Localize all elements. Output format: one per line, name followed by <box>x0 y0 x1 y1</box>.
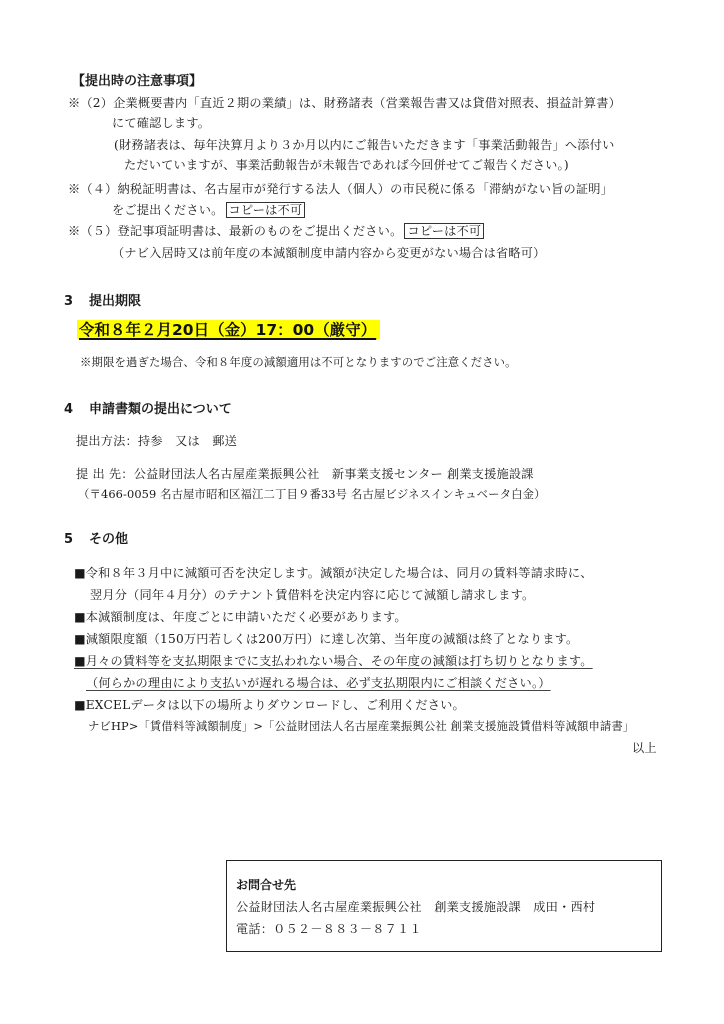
note-4-line-2: をご提出ください。コピーは不可 <box>112 202 305 218</box>
other-bullet-4: ■月々の賃料等を支払期限までに支払われない場合、その年度の減額は打ち切りとなりま… <box>74 653 593 669</box>
section-title: 提出期限 <box>89 294 141 309</box>
note-2-line-2: にて確認します。 <box>112 115 210 131</box>
section-title: その他 <box>89 532 128 547</box>
submission-address: （〒466-0059 名古屋市昭和区福江二丁目９番33号 名古屋ビジネスインキュ… <box>78 487 546 502</box>
section-4-heading: 4申請書類の提出について <box>64 401 232 418</box>
note-4-text: をご提出ください。 <box>112 203 224 217</box>
note-2-line-4: ただいていますが、事業活動報告が未報告であれば今回併せてご報告ください。) <box>124 157 569 173</box>
section-number: 3 <box>64 294 73 309</box>
note-4-line-1: ※（４）納税証明書は、名古屋市が発行する法人（個人）の市民税に係る「滞納がない旨… <box>68 181 613 197</box>
closing-text: 以上 <box>632 740 657 756</box>
other-bullet-1: ■令和８年３月中に減額可否を決定します。減額が決定した場合は、同月の賃料等請求時… <box>74 565 593 581</box>
note-2-line-3: (財務諸表は、毎年決算月より３か月以内にご報告いただきます「事業活動報告」へ添付… <box>114 137 614 153</box>
contact-phone: 電話：０５２－８８３－８７１１ <box>236 921 422 937</box>
deadline-wrapper: 令和８年２月20日（金）17：00（厳守） <box>77 320 380 340</box>
other-bullet-5: ■EXCELデータは以下の場所よりダウンロードし、ご利用ください。 <box>74 697 465 713</box>
other-bullet-3: ■減額限度額（150万円若しくは200万円）に達し次第、当年度の減額は終了となり… <box>74 631 578 647</box>
other-bullet-2: ■本減額制度は、年度ごとに申請いただく必要があります。 <box>74 609 407 625</box>
note-2-line-1: ※（2）企業概要書内「直近２期の業績」は、財務諸表（営業報告書又は貸借対照表、損… <box>68 95 621 111</box>
contact-box: お問合せ先 公益財団法人名古屋産業振興公社 創業支援施設課 成田・西村 電話：０… <box>226 860 662 952</box>
note-5-line-2: （ナビ入居時又は前年度の本減額制度申請内容から変更がない場合は省略可） <box>112 245 546 261</box>
section-3-heading: 3提出期限 <box>64 293 141 310</box>
other-bullet-1-cont: 翌月分（同年４月分）のテナント賃借料を決定内容に応じて減額し請求します。 <box>90 587 534 603</box>
deadline-note: ※期限を過ぎた場合、令和８年度の減額適用は不可となりますのでご注意ください。 <box>80 355 517 370</box>
no-copy-badge: コピーは不可 <box>226 202 306 218</box>
submission-destination: 提 出 先：公益財団法人名古屋産業振興公社 新事業支援センター 創業支援施設課 <box>76 466 534 482</box>
note-5-line-1: ※（５）登記事項証明書は、最新のものをご提出ください。コピーは不可 <box>68 223 484 239</box>
contact-title: お問合せ先 <box>236 877 296 893</box>
section-5-heading: 5その他 <box>64 531 128 548</box>
notes-title: 【提出時の注意事項】 <box>72 73 202 90</box>
deadline-highlight: 令和８年２月20日（金）17：00（厳守） <box>77 320 380 339</box>
download-path: ナビHP>「賃借料等減額制度」>「公益財団法人名古屋産業振興公社 創業支援施設賃… <box>88 719 634 734</box>
contact-org: 公益財団法人名古屋産業振興公社 創業支援施設課 成田・西村 <box>236 899 595 915</box>
note-5-text: ※（５）登記事項証明書は、最新のものをご提出ください。 <box>68 224 402 238</box>
section-number: 4 <box>64 402 73 417</box>
submission-method: 提出方法：持参 又は 郵送 <box>76 433 237 449</box>
no-copy-badge: コピーは不可 <box>404 223 484 239</box>
section-title: 申請書類の提出について <box>89 402 232 417</box>
other-bullet-4-cont: （何らかの理由により支払いが遅れる場合は、必ず支払期限内にご相談ください。） <box>86 675 551 691</box>
section-number: 5 <box>64 532 73 547</box>
